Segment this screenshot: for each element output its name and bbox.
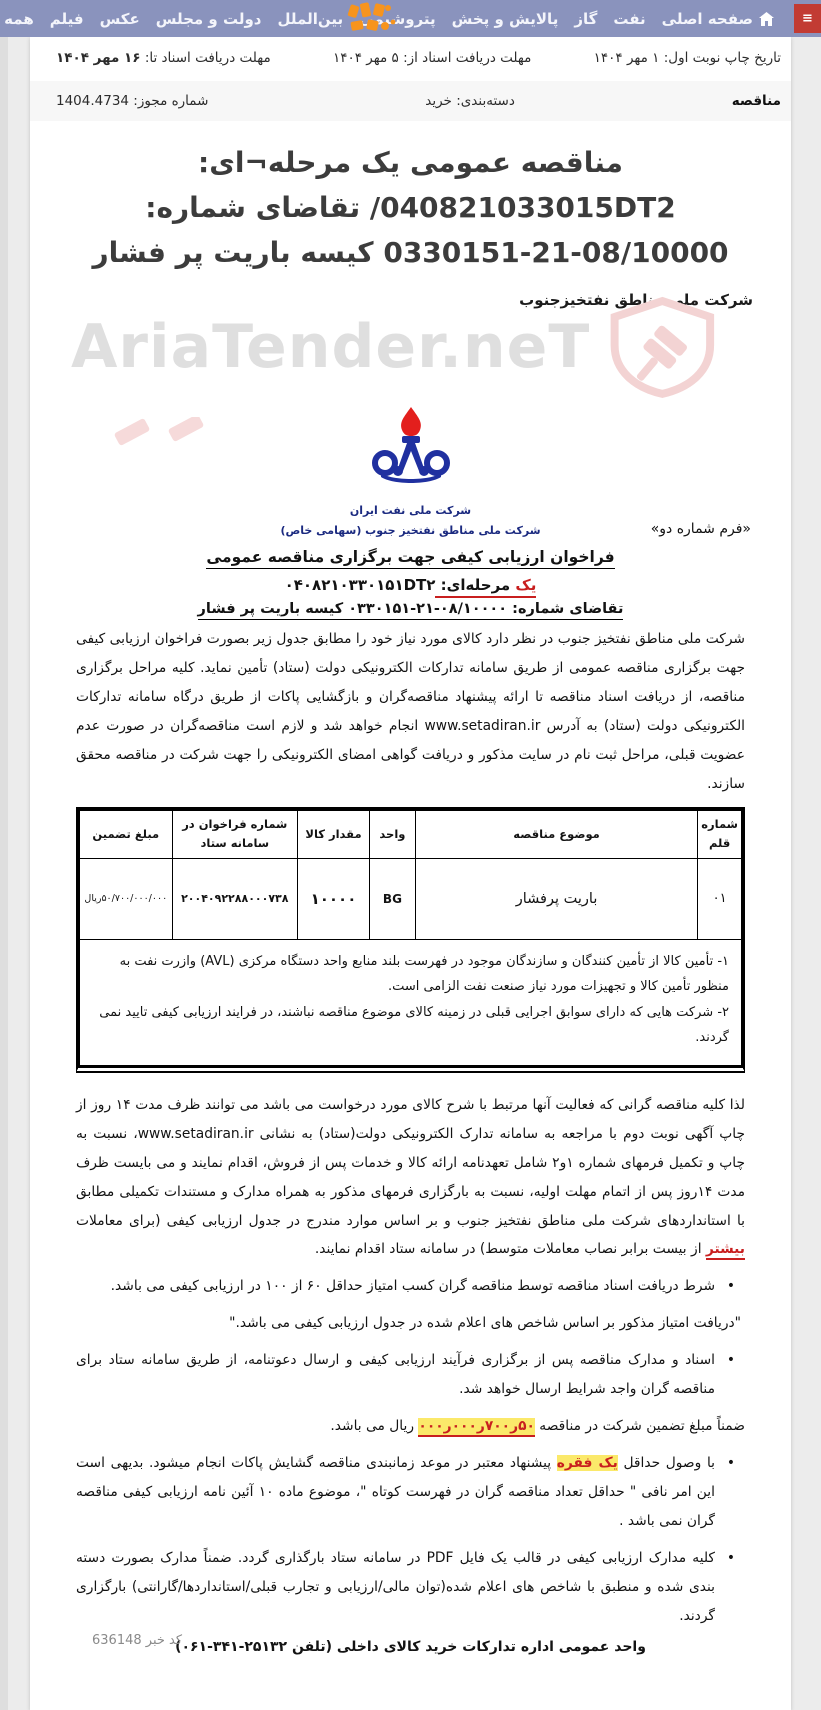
bullet-one-offer: با وصول حداقل یک فقره پیشنهاد معتبر در م… (76, 1449, 745, 1536)
docs-until-value: ۱۶ مهر ۱۴۰۴ (56, 50, 141, 66)
doc-heading-2: یک مرحله‌ای: ۰۴۰۸۲۱۰۳۳۰۱۵۱DT۲ (76, 576, 745, 594)
heading2-number: ۰۴۰۸۲۱۰۳۳۰۱۵۱DT۲ (285, 576, 436, 594)
intro-paragraph: شرکت ملی مناطق نفتخیز جنوب در نظر دارد ک… (76, 625, 745, 799)
table-header-row: شماره قلم موضوع مناقصه واحد مقدار کالا ش… (80, 810, 742, 858)
article-card: تاریخ چاپ نوبت اول: ۱ مهر ۱۴۰۴ مهلت دریا… (30, 37, 791, 1710)
guarantee-a: ضمناً مبلغ تضمین شرکت در مناقصه (535, 1418, 745, 1434)
title-part-b: کیسه باریت پر فشار (92, 236, 383, 269)
tender-document: شرکت ملی نفت ایران شرکت ملی مناطق نفتخیز… (76, 405, 745, 1655)
notice-type: مناقصه (732, 93, 781, 109)
col-setad-no: شماره فراخوان در سامانه ستاد (172, 810, 297, 858)
cell-item-no: ۰۱ (698, 858, 742, 939)
guarantee-amount: ۵۰ر۷۰۰ر۰۰۰ر۰۰۰ (418, 1418, 535, 1437)
category-row: مناقصه دسته‌بندی: خرید شماره مجوز: 1404.… (30, 81, 791, 121)
home-icon (759, 12, 774, 26)
cell-unit: BG (370, 858, 416, 939)
nav-item-naft[interactable]: نفت (613, 10, 645, 28)
docs-receive-from: مهلت دریافت اسناد از: ۵ مهر ۱۴۰۴ (333, 50, 531, 66)
table-notes-row: ۱- تأمین کالا از تأمین کنندگان و سازندگا… (80, 939, 742, 1065)
paragraph-2-red: بیشتر (706, 1241, 745, 1260)
cell-setad-no: ۲۰۰۴۰۹۲۲۸۸۰۰۰۷۳۸ (172, 858, 297, 939)
nav-item-label: صفحه اصلی (662, 10, 753, 28)
col-subject: موضوع مناقصه (415, 810, 697, 858)
one-offer-a: با وصول حداقل (618, 1455, 715, 1471)
doc-heading-3: تقاضای شماره: ۰۳۳۰۱۵۱-۲۱-۰۸/۱۰۰۰۰ کیسه ب… (76, 601, 745, 617)
nav-item-aks[interactable]: عکس (100, 10, 140, 28)
page: ≡ صفحه اصلی نفت گاز پالایش و پخش پتروشیم… (0, 0, 821, 1710)
col-item-no: شماره قلم (698, 810, 742, 858)
nav-item-beynolmelal[interactable]: بین‌الملل (278, 10, 344, 28)
doc-heading-1: فراخوان ارزیابی کیفی جهت برگزاری مناقصه … (76, 548, 745, 566)
bullet-docs-send: اسناد و مدارک مناقصه پس از برگزاری فرآین… (76, 1346, 745, 1404)
org-line-1: شرکت ملی نفت ایران (76, 501, 745, 521)
cell-guarantee: ۵۰/۷۰۰/۰۰۰/۰۰۰ریال (80, 858, 173, 939)
heading2-red-word: یک (515, 576, 536, 598)
table-note-1: ۱- تأمین کالا از تأمین کنندگان و سازندگا… (92, 950, 729, 999)
paragraph-2: لذا کلیه مناقصه گرانی که فعالیت آنها مرت… (76, 1091, 745, 1265)
top-navbar: ≡ صفحه اصلی نفت گاز پالایش و پخش پتروشیم… (0, 0, 821, 37)
dates-row: تاریخ چاپ نوبت اول: ۱ مهر ۱۴۰۴ مهلت دریا… (30, 37, 791, 77)
col-unit: واحد (370, 810, 416, 858)
heading3-tail: کیسه باریت پر فشار (198, 601, 349, 617)
guarantee-b: ریال می باشد. (330, 1418, 418, 1434)
sidebar-item-home[interactable]: صفحه اصلی (662, 10, 774, 28)
document-header: شرکت ملی نفت ایران شرکت ملی مناطق نفتخیز… (76, 405, 745, 541)
quote-score: "دریافت امتیاز مذکور بر اساس شاخص های اع… (76, 1309, 745, 1338)
nav-item-film[interactable]: فیلم (50, 10, 84, 28)
table-note-2: ۲- شرکت هایی که دارای سوابق اجرایی قبلی … (92, 1001, 729, 1050)
col-qty: مقدار کالا (297, 810, 369, 858)
nav-item-hame-akhbar[interactable]: همه اخبار (0, 10, 34, 28)
tender-table-wrapper: شماره قلم موضوع مناقصه واحد مقدار کالا ش… (76, 807, 745, 1073)
nav-item-gaz[interactable]: گاز (574, 10, 597, 28)
docs-until-label: مهلت دریافت اسناد تا: (145, 50, 271, 66)
paragraph-2-a: لذا کلیه مناقصه گرانی که فعالیت آنها مرت… (76, 1097, 745, 1229)
heading3-number: ۰۳۳۰۱۵۱-۲۱-۰۸/۱۰۰۰۰ (348, 601, 507, 617)
nav-item-palayesh[interactable]: پالایش و پخش (452, 10, 559, 28)
news-code: کد خبر 636148 (92, 1633, 182, 1648)
col-guarantee: مبلغ تضمین (80, 810, 173, 858)
category-label[interactable]: دسته‌بندی: خرید (425, 93, 515, 109)
cell-subject: باریت پرفشار (415, 858, 697, 939)
left-gutter-strip (0, 37, 8, 1710)
title-request-number: 0330151-21-08/10000 (383, 231, 728, 276)
heading2-mid: مرحله‌ای: (435, 576, 515, 598)
form-number: «فرم شماره دو» (651, 521, 751, 537)
guarantee-line: ضمناً مبلغ تضمین شرکت در مناقصه ۵۰ر۷۰۰ر۰… (76, 1412, 745, 1441)
page-title: مناقصه عمومی یک مرحله¬ای: 040821033015DT… (30, 121, 791, 279)
bullet-score: شرط دریافت اسناد مناقصه توسط مناقصه گران… (76, 1272, 745, 1301)
heading3-label: تقاضای شماره: (507, 601, 623, 617)
org-line-2: شرکت ملی مناطق نفتخیز جنوب (سهامی خاص) (76, 521, 745, 541)
docs-receive-until: مهلت دریافت اسناد تا: ۱۶ مهر ۱۴۰۴ (56, 50, 271, 66)
menu-icon[interactable]: ≡ (794, 4, 821, 33)
tender-table: شماره قلم موضوع مناقصه واحد مقدار کالا ش… (79, 810, 742, 1066)
title-part-a: مناقصه عمومی یک مرحله¬ای: 040821033015DT… (145, 146, 675, 224)
bullet-pdf-upload: کلیه مدارک ارزیابی کیفی در قالب یک فایل … (76, 1544, 745, 1631)
company-name: شرکت ملی مناطق نفتخیزجنوب (30, 279, 791, 309)
nav-item-dolat-majles[interactable]: دولت و مجلس (156, 10, 262, 28)
paragraph-2-b: از بیست برابر نصاب معاملات متوسط) در سام… (315, 1241, 706, 1257)
table-row: ۰۱ باریت پرفشار BG ۱۰۰۰۰ ۲۰۰۴۰۹۲۲۸۸۰۰۰۷۳… (80, 858, 742, 939)
cell-qty: ۱۰۰۰۰ (297, 858, 369, 939)
site-logo[interactable] (347, 2, 397, 39)
nioc-logo (371, 405, 451, 497)
watermark-text: AriaTender.neT (71, 312, 590, 382)
license-number: شماره مجوز: 1404.4734 (56, 93, 208, 109)
first-print-date: تاریخ چاپ نوبت اول: ۱ مهر ۱۴۰۴ (594, 50, 781, 66)
one-offer-red: یک فقره (557, 1455, 618, 1471)
